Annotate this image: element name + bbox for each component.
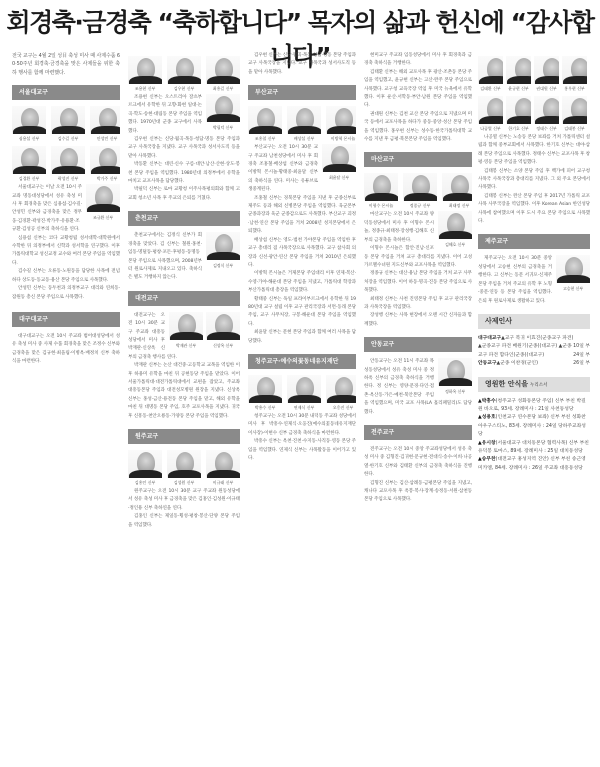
paragraph: 안성민 신부는 동두천과 의정부교구 대리와 연희동·잠원동 총신 본당 주임으… <box>12 285 120 302</box>
photo-caption: 박재관 신부 <box>176 342 196 350</box>
personnel-entry: 안동교구▲군종 이찬경(군인) 26일 부 <box>478 360 590 368</box>
photo-caption: 김수길 신부 <box>58 136 79 142</box>
portrait: 김해호 신부 <box>438 211 472 249</box>
portrait: 조용현 신부 <box>128 56 162 92</box>
section-header-chuncheon: 춘천교구 <box>128 211 240 226</box>
portrait: 김태봉 신부 <box>562 96 587 132</box>
photo-caption: 조홍철 신부 <box>255 136 276 142</box>
portrait: 김홍인 신부 <box>128 450 162 486</box>
portrait: 곽성진 신부 <box>51 146 85 182</box>
person-photo <box>167 56 201 84</box>
seoul-body: 조규환 신부 서울대교구는 이날 오전 10시 주교좌 명동대성당에서 성유 축… <box>12 184 120 302</box>
personnel-entry: 대구대교구▲교구 복귀 이효진(군종교구 파견) 10일 부 <box>478 335 590 343</box>
page-headline: 회경축·금경축 “축하합니다” 목자의 삶과 헌신에 “감사합니다” <box>0 6 600 40</box>
photo-caption: 정하옥 신부 <box>445 388 465 396</box>
portrait: 정하옥 신부 <box>438 358 472 396</box>
paragraph: 김태봉 신부는 소양 본당 주임 후 백가에 피어 교구청 사목국 사목국장과 … <box>478 168 590 193</box>
person-photo <box>562 56 587 84</box>
section-header-jeonju: 전주교구 <box>364 425 472 440</box>
column-4: 현미교구 주교좌 임동성당에서 미사 후 회경축과 금경축 축하식을 거행한다.… <box>364 52 472 767</box>
portrait: 윤규현 신부 <box>506 56 531 92</box>
portrait: 신상옥 신부 <box>206 312 240 350</box>
section-header-cheongju: 청주교구·예수의꽃동네유지재단 <box>248 354 356 369</box>
portrait: 박가주 신부 <box>90 146 120 182</box>
person-photo <box>206 312 240 340</box>
photo-caption: 고승현 신부 <box>563 285 583 293</box>
portrait: 정종규 신부 <box>403 173 437 209</box>
obituary-subtitle: 누리소서 <box>530 383 547 388</box>
photo-group-daejeon: 박재관 신부 신상옥 신부 <box>169 312 240 350</box>
photo-caption: 김해호 신부 <box>445 241 465 249</box>
personnel-text: ▲군종교구 파견 배원기(군종)(대교구) ▲군종교구 파견 함다인(군종)(대… <box>478 344 572 357</box>
obituary-text: (서울대교구 대치동본당 협력사목) 신부 부친 유덕봉 토마스, 89세. 장… <box>478 441 589 454</box>
portrait: 김태환 신부 <box>478 56 503 92</box>
photo-caption: 박가주 신부 <box>97 176 118 182</box>
person-photo <box>534 56 559 84</box>
person-photo <box>438 211 472 239</box>
section-header-jeju: 제주교구 <box>478 234 590 249</box>
paragraph: 김홍인 신부는 제일동·횡성·평창·봉산·단양 본당 주임을 역임했다. <box>128 513 240 530</box>
person-photo <box>534 96 559 124</box>
obituary-name: ▲박흥수 <box>478 399 496 404</box>
section-header-obituary: 영원한 안식을누리소서 <box>478 377 590 392</box>
portrait: 김우현 신부 <box>167 56 201 92</box>
paragraph: 김우현 신부는 신당·월곡·목동·청담·명동 본당 주임과 교구 사목국장을 지… <box>128 136 240 161</box>
obituary-title: 영원한 안식을 <box>485 380 528 388</box>
photo-caption: 이방혁 몬시뇰 <box>331 136 355 142</box>
photo-caption: 홍우현 신부 <box>564 86 585 92</box>
paragraph: 나공열 신부는 노송동 본당 보좌를 거쳐 가톨릭센터 설립과 함께 중부교회에… <box>478 134 590 168</box>
column-5: 김태환 신부 윤규현 신부 권대원 신부 홍우현 신부 나공열 신부 한기호 신… <box>478 52 590 767</box>
masan-body: 김해호 신부 마산교구는 오전 10시 주교좌 양덕동성당에서 미사 후 이형수… <box>364 211 472 329</box>
obituary-list: ▲박흥수(청주교구 성화동본당 주임) 신부 부친 박길원 바오로, 93세. … <box>478 398 590 474</box>
gwangju-body: 나공열 신부는 노송동 본당 보좌를 거쳐 가톨릭센터 설립과 함께 중부교회에… <box>478 134 590 226</box>
person-photo <box>438 358 472 386</box>
portrait: 김수길 신부 <box>51 106 85 142</box>
photo-caption: 최태정 신부 <box>449 203 470 209</box>
person-photo <box>326 106 356 134</box>
portrait: 나공열 신부 <box>478 96 503 132</box>
section-header-daejeon: 대전교구 <box>128 291 240 306</box>
paragraph: 대구대교구는 오전 10시 주교좌 범어대성당에서 성유 축성 미사 중 사제 … <box>12 333 120 367</box>
portrait: 박흥수 신부 <box>248 375 282 411</box>
jeju-body: 고승현 신부 제주교구는 오전 10시 30분 중앙성당에서 고승현 신부의 금… <box>478 255 590 305</box>
paragraph: 심용섭 신부는 코다 교황청립 성서대학·대학원에서 수학한 뒤 의정부에서 신… <box>12 235 120 269</box>
portrait: 홍우현 신부 <box>562 56 587 92</box>
section-header-wonju: 원주교구 <box>128 429 240 444</box>
person-photo <box>506 56 531 84</box>
photo-group-seoul-1: 심용섭 신부 김수길 신부 안성민 신부 <box>12 106 120 142</box>
obituary-name: ▲유시창 <box>478 441 496 446</box>
portrait: 오웅진 신부 <box>326 375 356 411</box>
paragraph: 김형진 신부는 김산·삼례동·금평본당 주임을 지냈고, 캐나다 교포사목 후 … <box>364 480 472 505</box>
paragraph: 원주교구는 오전 10시 30분 교구 주교좌 원동성당에서 성유 축성 미사 … <box>128 488 240 513</box>
photo-caption: 한기호 신부 <box>508 126 529 132</box>
portrait: 박재관 신부 <box>169 312 203 350</box>
section-header-masan: 마산교구 <box>364 152 472 167</box>
portrait: 연제식 신부 <box>287 375 321 411</box>
paragraph: 최태정 신부는 사천 진영본당 주임 후 교구 관리국장과 사목국장을 역임했다… <box>364 296 472 313</box>
photo-caption: 정종규 신부 <box>410 203 431 209</box>
person-photo <box>90 146 120 174</box>
photo-caption: 조규환 신부 <box>93 214 113 222</box>
person-photo <box>169 312 203 340</box>
portrait: 이규태 신부 <box>206 450 240 486</box>
andong-body: 정하옥 신부 안동교구는 오전 11시 주교좌 목성동성당에서 성유 축성 미사… <box>364 358 472 417</box>
photo-caption: 박필덕 신부 <box>213 124 233 132</box>
section-header-daegu: 대구대교구 <box>12 312 120 327</box>
column-2: 조용현 신부 김우현 신부 최흥길 신부 박필덕 신부 조용현 신부는 오스트리… <box>128 52 240 767</box>
paragraph: 권대원 신부는 김천 교산 본당 주임으로 지냈으며 미국 등에서 교포사목을 … <box>364 111 472 145</box>
person-photo <box>478 96 503 124</box>
photo-group-seoul-2: 김경환 신부 곽성진 신부 박가주 신부 <box>12 146 120 182</box>
photo-caption: 이규태 신부 <box>213 480 234 486</box>
paragraph: 조홍철 신부는 경북본당 주임을 지낸 후 군종신부로 제주도 등과 해외 신병… <box>248 195 356 237</box>
paragraph: 장성행 신부는 사목 현장에서 오랜 시간 신자들과 함께했다. <box>364 312 472 329</box>
photo-caption: 신상옥 신부 <box>213 342 233 350</box>
person-photo <box>12 106 46 134</box>
section-header-andong: 안동교구 <box>364 337 472 352</box>
photo-caption: 박흥수 신부 <box>255 405 276 411</box>
paragraph: 현미교구 주교좌 임동성당에서 미사 후 회경축과 금경축 축하식을 거행한다. <box>364 52 472 69</box>
photo-caption: 김정식 신부 <box>213 262 233 270</box>
photo-group-seoul-col2: 조용현 신부 김우현 신부 최흥길 신부 <box>128 56 240 92</box>
person-photo <box>287 375 321 403</box>
paragraph: 박흥수 신부는 옥천·진천·수지동·사직동·영동 본당 주임을 역임했다. 연제… <box>248 438 356 463</box>
portrait: 이방혁 몬시뇰 <box>326 106 356 142</box>
person-photo <box>86 184 120 212</box>
photo-caption: 최흥길 신부 <box>213 86 234 92</box>
portrait: 조홍철 신부 <box>248 106 282 142</box>
photo-caption: 연제식 신부 <box>294 405 315 411</box>
photo-group-seoul-3: 조규환 신부 <box>86 184 120 222</box>
person-photo <box>51 146 85 174</box>
portrait: 조규환 신부 <box>86 184 120 222</box>
portrait: 김경환 신부 <box>12 146 46 182</box>
portrait: 이형수 몬시뇰 <box>364 173 398 209</box>
obituary-name: ▲성용호 <box>478 415 496 420</box>
photo-caption: 정태수 신부 <box>536 126 557 132</box>
paragraph: 박필덕 신부는 로마 교황청 이주사목평의회와 함께 고교회 청소년 사목 후 … <box>128 186 240 203</box>
jeonju-body: 전주교구는 오전 10시 중앙 주교좌성당에서 성유 축성 미사 중 김형진·김… <box>364 446 472 505</box>
portrait: 한기호 신부 <box>506 96 531 132</box>
portrait: 김정식 신부 <box>206 232 240 270</box>
portrait: 김성원 신부 <box>167 450 201 486</box>
photo-caption: 김태봉 신부 <box>564 126 585 132</box>
cheongju-body: 청주교구는 오전 10시 30분 내덕동 주교좌 성당에서 미사 후 박흥수·연… <box>248 413 356 463</box>
daegu-body: 대구대교구는 오전 10시 주교좌 범어대성당에서 성유 축성 미사 중 사제 … <box>12 333 120 367</box>
photo-caption: 김홍인 신부 <box>135 480 156 486</box>
daejeon-body: 박재관 신부 신상옥 신부 대전교구는 오전 10시 30분 교구 주교좌 대흥… <box>128 312 240 421</box>
person-photo <box>206 232 240 260</box>
portrait: 최윤달 신부 <box>322 144 356 182</box>
personnel-list: 대구대교구▲교구 복귀 이효진(군종교구 파견) 10일 부 ▲군종교구 파견 … <box>478 335 590 369</box>
personnel-diocese: 대구대교구 <box>478 336 501 341</box>
portrait: 박필덕 신부 <box>206 94 240 132</box>
jeonbuk-text: 현미교구 주교좌 임동성당에서 미사 후 회경축과 금경축 축하식을 거행한다.… <box>364 52 472 144</box>
person-photo <box>12 146 46 174</box>
person-photo <box>90 106 120 134</box>
photo-caption: 이형수 몬시뇰 <box>369 203 393 209</box>
person-photo <box>322 144 356 172</box>
portrait: 배상섭 신부 <box>287 106 321 142</box>
column-1: 전국 교구는 4월 2일 성目 축성 미사 때 사제수품 60·50주년 회경축… <box>12 52 120 767</box>
person-photo <box>206 450 240 478</box>
personnel-text: ▲교구 복귀 이효진(군종교구 파견) <box>501 336 573 341</box>
photo-caption: 김태환 신부 <box>480 86 501 92</box>
portrait: 권대원 신부 <box>534 56 559 92</box>
person-photo <box>556 255 590 283</box>
photo-caption: 나공열 신부 <box>480 126 501 132</box>
seoul-continued: 김우현 신부는 신당·월곡·목동·청담·명동 본당 주임과 교구 사목국장을 지… <box>248 52 356 77</box>
person-photo <box>442 173 472 201</box>
paragraph: 김태봉 신부는 완산 본당 주임 후 2017년 가톨릭 교포사목 사무국장을 … <box>478 193 590 227</box>
photo-caption: 김우현 신부 <box>174 86 195 92</box>
person-photo <box>167 450 201 478</box>
obituary-name: ▲송무찬 <box>478 457 496 462</box>
chuncheon-body: 김정식 신부 춘천교구에서는 김정식 신부가 회경축을 맞았다. 김 신부는 철… <box>128 232 240 282</box>
obituary-entry: ▲성용호(인천교구 연수본당 보좌) 신부 부친 성화찬 아우구스티노, 83세… <box>478 414 590 439</box>
person-photo <box>128 450 162 478</box>
section-header-busan: 부산교구 <box>248 85 356 100</box>
person-photo <box>206 94 240 122</box>
photo-group-busan: 조홍철 신부 배상섭 신부 이방혁 몬시뇰 <box>248 106 356 142</box>
photo-group-cheongju: 박흥수 신부 연제식 신부 오웅진 신부 <box>248 375 356 411</box>
portrait: 정태수 신부 <box>534 96 559 132</box>
person-photo <box>364 173 398 201</box>
portrait: 최흥길 신부 <box>206 56 240 92</box>
portrait: 심용섭 신부 <box>12 106 46 142</box>
obituary-entry: ▲송무찬(대전교구 홍성지역 진안) 신부 부친 송근영 미카엘, 84세. 장… <box>478 456 590 473</box>
personnel-date: 26일 부 <box>573 360 590 368</box>
photo-group-wonju: 김홍인 신부 김성원 신부 이규태 신부 <box>128 450 240 486</box>
person-photo <box>562 96 587 124</box>
person-photo <box>206 56 240 84</box>
photo-caption: 윤규현 신부 <box>508 86 529 92</box>
photo-caption: 안성민 신부 <box>97 136 118 142</box>
personnel-diocese: 안동교구 <box>478 361 497 366</box>
paragraph: 최윤달 신부는 문현 본당 주임과 함께 여러 사목을 담당했다. <box>248 329 356 346</box>
seoul-col2-body: 박필덕 신부 조용현 신부는 오스트리아 잘츠부르크에서 유학한 뒤 고향·화현… <box>128 94 240 203</box>
paragraph: 김우현 신부는 신당·월곡·목동·청담·명동 본당 주임과 교구 사목국장을 지… <box>248 52 356 77</box>
person-photo <box>403 173 437 201</box>
portrait: 고승현 신부 <box>556 255 590 293</box>
photo-caption: 권대원 신부 <box>536 86 557 92</box>
column-3: 김우현 신부는 신당·월곡·목동·청담·명동 본당 주임과 교구 사목국장을 지… <box>248 52 356 767</box>
photo-caption: 오웅진 신부 <box>333 405 354 411</box>
photo-caption: 곽성진 신부 <box>58 176 79 182</box>
person-photo <box>128 56 162 84</box>
paragraph: 김수길 신부는 오류동·노원동을 담당한 사목에 전념하다 상도동·동교동·용산… <box>12 268 120 285</box>
photo-group-jeonju-2: 나공열 신부 한기호 신부 정태수 신부 김태봉 신부 <box>478 96 590 132</box>
paragraph: 황태중 신부는 독일 프라이부르크에서 유학한 뒤 1980년대 교구 설립 이… <box>248 296 356 330</box>
paragraph: 정종규 신부는 대산·용남 본당 주임을 거쳐 교구 사무처장을 역임했다. 이… <box>364 270 472 295</box>
photo-caption: 김경환 신부 <box>19 176 40 182</box>
person-photo <box>506 96 531 124</box>
paragraph: 이방혁 몬시뇰은 거제본당 주임대리 이후 연제·복산·수영·가야·해운대 본당… <box>248 270 356 295</box>
portrait: 최태정 신부 <box>442 173 472 209</box>
photo-caption: 최윤달 신부 <box>329 174 349 182</box>
section-header-personnel: 사제인사 <box>478 314 590 329</box>
intro-text: 전국 교구는 4월 2일 성目 축성 미사 때 사제수품 60·50주년 회경축… <box>12 52 120 77</box>
person-photo <box>51 106 85 134</box>
paragraph: 배상섭 신부는 영도·범천 가야본당 주임을 역임한 후 교구 총대리 겸 사목… <box>248 237 356 271</box>
section-header-seoul: 서울대교구 <box>12 85 120 100</box>
photo-group-masan: 이형수 몬시뇰 정종규 신부 최태정 신부 <box>364 173 472 209</box>
person-photo <box>478 56 503 84</box>
photo-caption: 배상섭 신부 <box>294 136 315 142</box>
paragraph: 김태환 신부는 해외 교포사목 후 광산·조촌동 본당 주임을 역임했고, 윤규… <box>364 69 472 111</box>
personnel-date: 10일 부 <box>573 343 590 351</box>
paragraph: 박동환 신부는 대린·신수 구름·대안·남산·산현·상도·봉천 본당 주임을 역… <box>128 161 240 186</box>
paragraph: 박재관 신부는 논산 대건중·고등학교 교목을 역임한 이후 하용미 유학을 마… <box>128 362 240 421</box>
portrait: 안성민 신부 <box>90 106 120 142</box>
person-photo <box>287 106 321 134</box>
person-photo <box>326 375 356 403</box>
busan-body: 최윤달 신부 부산교구는 오전 10시 30분 교구 주교좌 남천성당에서 미사… <box>248 144 356 346</box>
obituary-entry: ▲유시창(서울대교구 대치동본당 협력사목) 신부 부친 유덕봉 토마스, 89… <box>478 440 590 457</box>
photo-caption: 조용현 신부 <box>135 86 156 92</box>
photo-caption: 김성원 신부 <box>174 480 195 486</box>
personnel-date: 24일 부 <box>573 352 590 360</box>
paragraph: 청주교구는 오전 10시 30분 내덕동 주교좌 성당에서 미사 후 박흥수·연… <box>248 413 356 438</box>
photo-group-jeonju-1: 김태환 신부 윤규현 신부 권대원 신부 홍우현 신부 <box>478 56 590 92</box>
personnel-text: ▲군종 이찬경(군인) <box>497 361 538 366</box>
person-photo <box>248 375 282 403</box>
obituary-entry: ▲박흥수(청주교구 성화동본당 주임) 신부 부친 박길원 바오로, 93세. … <box>478 398 590 415</box>
paragraph: 전주교구는 오전 10시 중앙 주교좌성당에서 성유 축성 미사 중 김형진·김… <box>364 446 472 480</box>
photo-caption: 심용섭 신부 <box>19 136 40 142</box>
person-photo <box>248 106 282 134</box>
wonju-body: 원주교구는 오전 10시 30분 교구 주교좌 원동성당에서 성유 축성 미사 … <box>128 488 240 530</box>
